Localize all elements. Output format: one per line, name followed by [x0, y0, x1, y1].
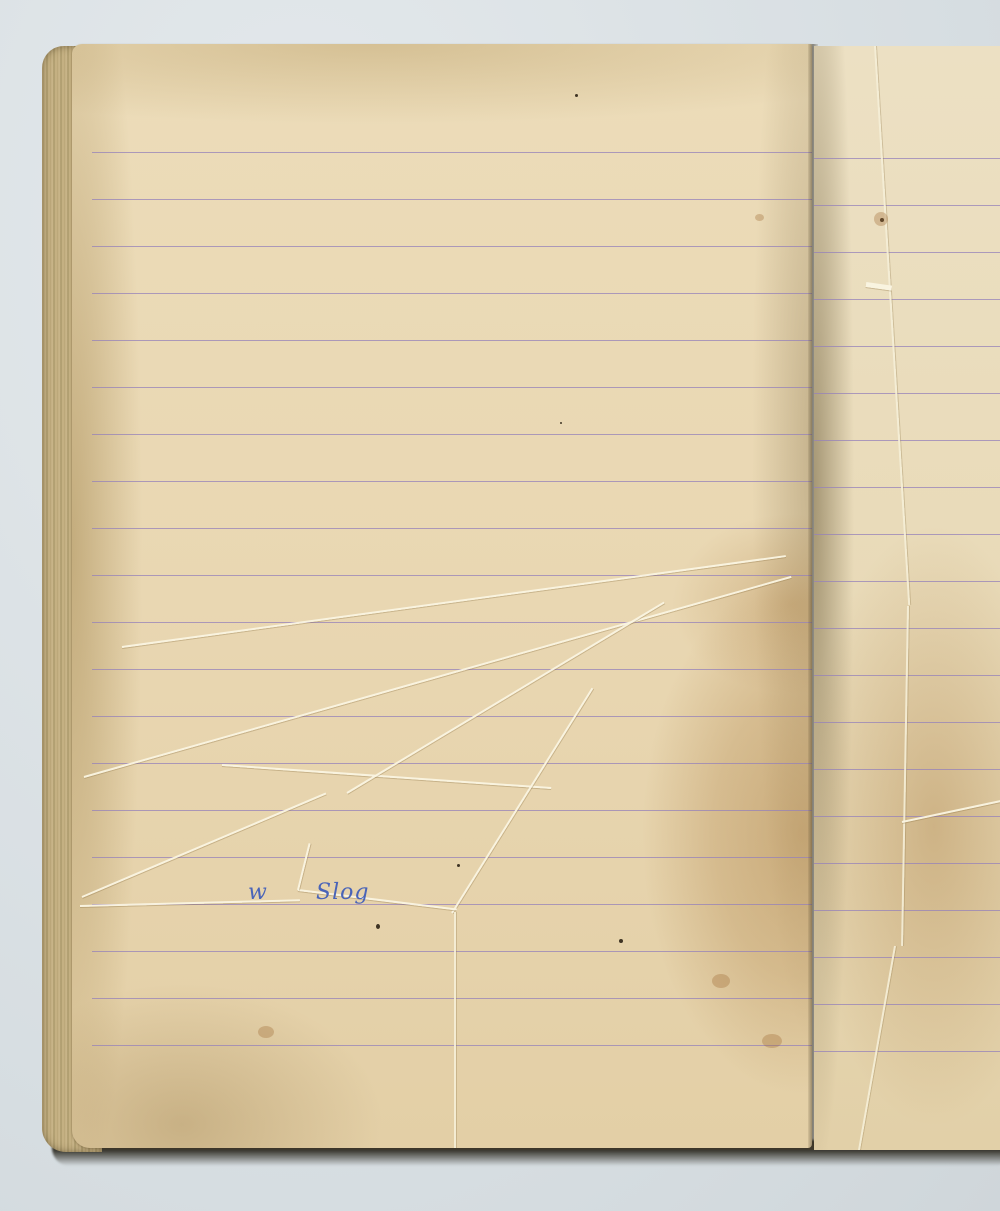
- ink-speck: [457, 864, 460, 867]
- ruled-line: [814, 487, 1000, 488]
- right-page: [814, 46, 1000, 1150]
- fold-crease-vertical: [454, 912, 456, 1148]
- ruled-line: [92, 810, 812, 811]
- stain-spot: [762, 1034, 782, 1048]
- ruled-line: [92, 293, 812, 294]
- fold-crease: [82, 793, 327, 898]
- torn-edge: [901, 606, 909, 946]
- handwriting-fragment: w: [248, 880, 268, 905]
- ruled-line: [814, 910, 1000, 911]
- stain-spot: [874, 212, 888, 226]
- ruled-line: [814, 158, 1000, 159]
- ruled-line: [814, 1004, 1000, 1005]
- ruled-line: [814, 299, 1000, 300]
- ruled-line: [92, 246, 812, 247]
- stain-spot: [755, 214, 764, 221]
- ruled-line: [92, 528, 812, 529]
- ruled-line: [92, 387, 812, 388]
- fold-crease: [297, 843, 311, 890]
- fold-crease: [84, 576, 792, 778]
- ink-speck: [575, 94, 578, 97]
- ruled-line: [814, 863, 1000, 864]
- ruled-line: [92, 481, 812, 482]
- fold-crease: [122, 555, 786, 648]
- ruled-line: [92, 951, 812, 952]
- torn-edge: [874, 46, 910, 605]
- ruled-line: [92, 763, 812, 764]
- ruled-line: [92, 998, 812, 999]
- ruled-line: [92, 716, 812, 717]
- ruled-line: [92, 622, 812, 623]
- ruled-line: [92, 857, 812, 858]
- ruled-line: [814, 722, 1000, 723]
- ruled-line: [92, 340, 812, 341]
- ruled-line: [92, 1045, 812, 1046]
- fold-crease: [902, 796, 1000, 823]
- torn-edge: [858, 946, 896, 1150]
- ink-speck: [560, 422, 562, 424]
- handwriting-fragment: Slog: [316, 880, 369, 905]
- ruled-line: [814, 534, 1000, 535]
- left-page: w Slog: [72, 44, 812, 1148]
- ruled-line: [814, 957, 1000, 958]
- ruled-line: [92, 199, 812, 200]
- ruled-line: [814, 1051, 1000, 1052]
- fold-crease: [346, 602, 664, 794]
- ruled-line: [814, 440, 1000, 441]
- ruled-line: [92, 434, 812, 435]
- ruled-line: [814, 346, 1000, 347]
- ruled-line: [814, 769, 1000, 770]
- ruled-line: [92, 575, 812, 576]
- fold-crease: [451, 688, 593, 914]
- ruled-line: [814, 816, 1000, 817]
- ink-speck: [376, 924, 380, 929]
- ruled-line: [814, 393, 1000, 394]
- ruled-line: [814, 205, 1000, 206]
- stain-spot: [258, 1026, 274, 1038]
- ruled-line: [92, 152, 812, 153]
- ruled-line: [92, 669, 812, 670]
- ruled-line: [92, 904, 812, 905]
- ink-speck: [619, 939, 623, 943]
- stain-spot: [712, 974, 730, 988]
- ruled-line: [814, 252, 1000, 253]
